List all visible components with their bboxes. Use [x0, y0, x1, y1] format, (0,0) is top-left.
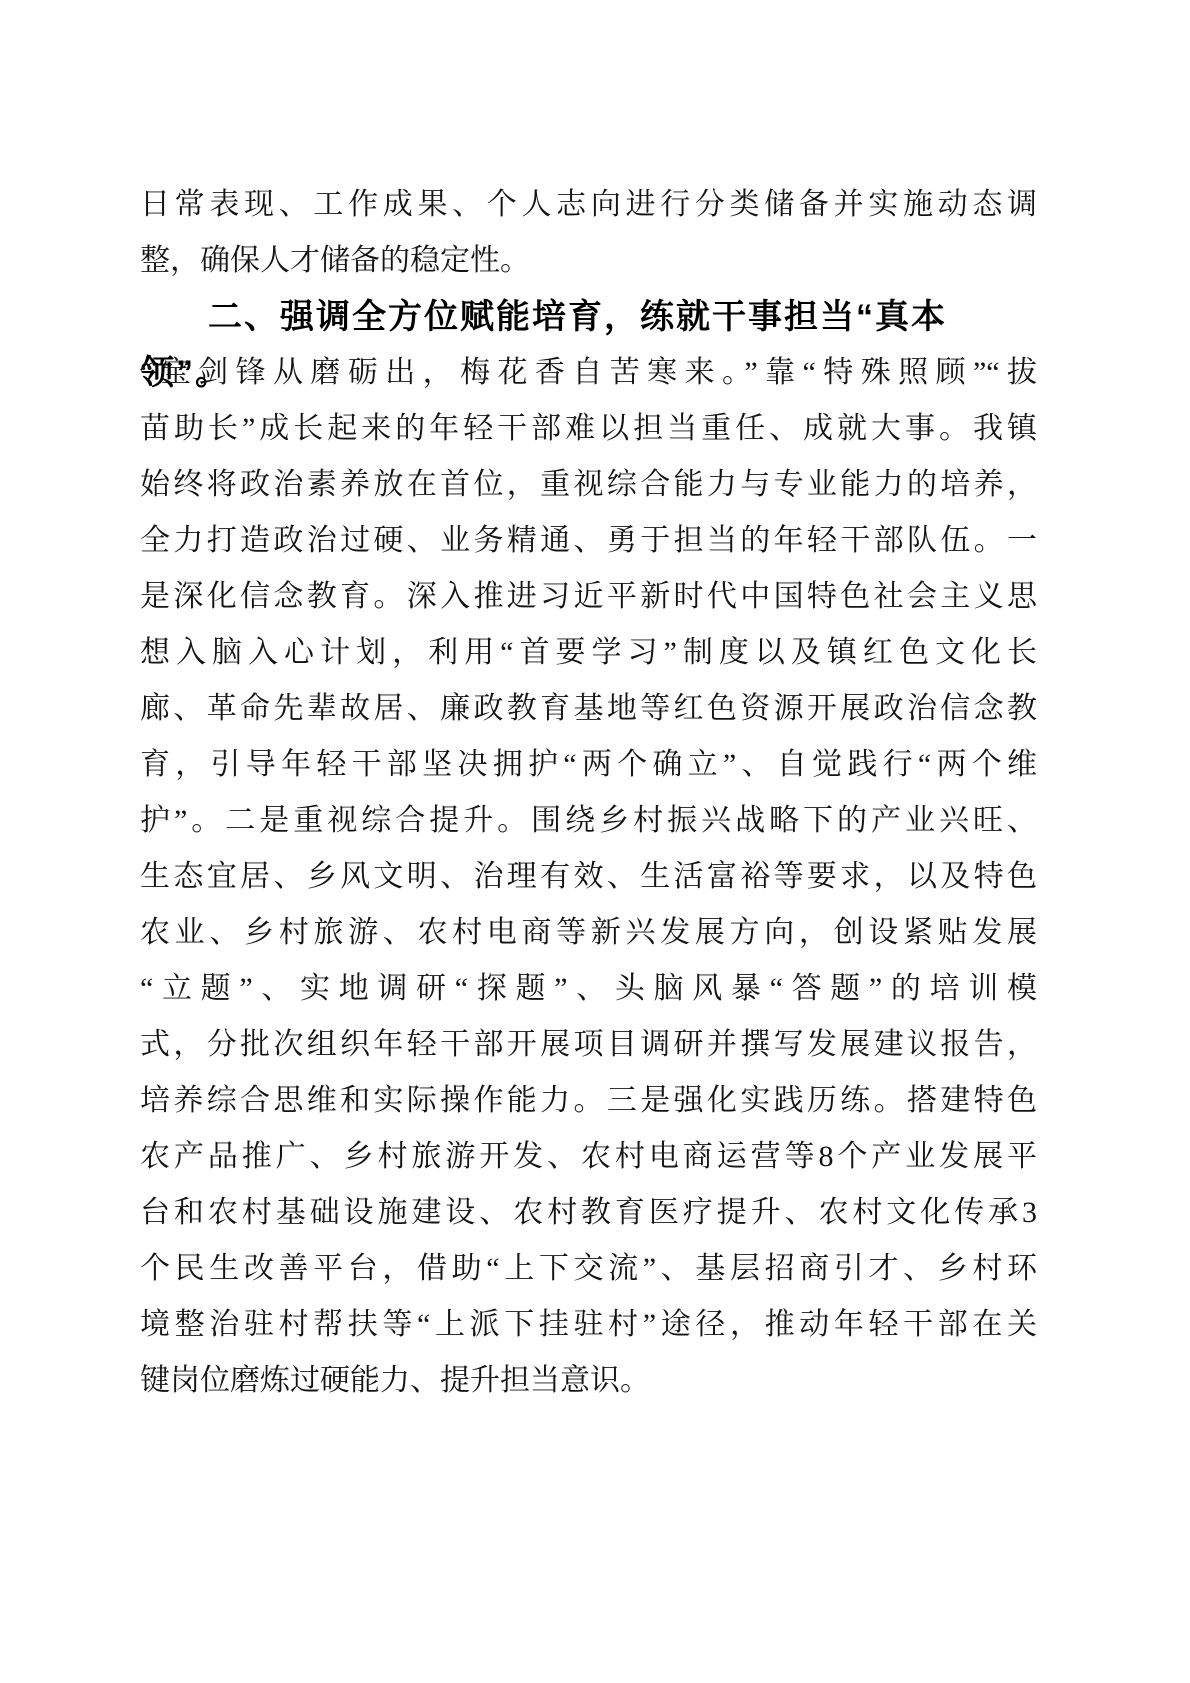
body-text-line: 培养综合思维和实际操作能力。三是强化实践历练。搭建特色 [140, 1073, 1037, 1129]
body-text-line: 廊、革命先辈故居、廉政教育基地等红色资源开展政治信念教 [140, 681, 1037, 737]
body-text-line: 日常表现、工作成果、个人志向进行分类储备并实施动态调 [140, 177, 1037, 233]
section-heading: 二、强调全方位赋能培育，练就干事担当“真本领”。 [140, 289, 1037, 345]
body-text-line: 农产品推广、乡村旅游开发、农村电商运营等8个产业发展平 [140, 1129, 1037, 1185]
body-text-line: “宝剑锋从磨砺出，梅花香自苦寒来。”靠“特殊照顾”“拔 [140, 345, 1037, 401]
body-text-line: 是深化信念教育。深入推进习近平新时代中国特色社会主义思 [140, 569, 1037, 625]
body-text-line: 想入脑入心计划，利用“首要学习”制度以及镇红色文化长 [140, 625, 1037, 681]
body-text-line: 键岗位磨炼过硬能力、提升担当意识。 [140, 1353, 1037, 1409]
body-text-line: 始终将政治素养放在首位，重视综合能力与专业能力的培养， [140, 457, 1037, 513]
body-text-line: 育，引导年轻干部坚决拥护“两个确立”、自觉践行“两个维 [140, 737, 1037, 793]
body-text-line: 生态宜居、乡风文明、治理有效、生活富裕等要求，以及特色 [140, 849, 1037, 905]
body-text-line: 苗助长”成长起来的年轻干部难以担当重任、成就大事。我镇 [140, 401, 1037, 457]
document-page: 日常表现、工作成果、个人志向进行分类储备并实施动态调 整，确保人才储备的稳定性。… [0, 0, 1190, 1683]
body-text-line: 护”。二是重视综合提升。围绕乡村振兴战略下的产业兴旺、 [140, 793, 1037, 849]
body-text-line: “立题”、实地调研“探题”、头脑风暴“答题”的培训模 [140, 961, 1037, 1017]
body-text-line: 式，分批次组织年轻干部开展项目调研并撰写发展建议报告， [140, 1017, 1037, 1073]
body-text-line: 整，确保人才储备的稳定性。 [140, 233, 1037, 289]
body-text-line: 台和农村基础设施建设、农村教育医疗提升、农村文化传承3 [140, 1185, 1037, 1241]
body-text-line: 农业、乡村旅游、农村电商等新兴发展方向，创设紧贴发展 [140, 905, 1037, 961]
body-text-line: 个民生改善平台，借助“上下交流”、基层招商引才、乡村环 [140, 1241, 1037, 1297]
document-text-block: 日常表现、工作成果、个人志向进行分类储备并实施动态调 整，确保人才储备的稳定性。… [140, 177, 1037, 1409]
body-text-line: 境整治驻村帮扶等“上派下挂驻村”途径，推动年轻干部在关 [140, 1297, 1037, 1353]
body-text-line: 全力打造政治过硬、业务精通、勇于担当的年轻干部队伍。一 [140, 513, 1037, 569]
